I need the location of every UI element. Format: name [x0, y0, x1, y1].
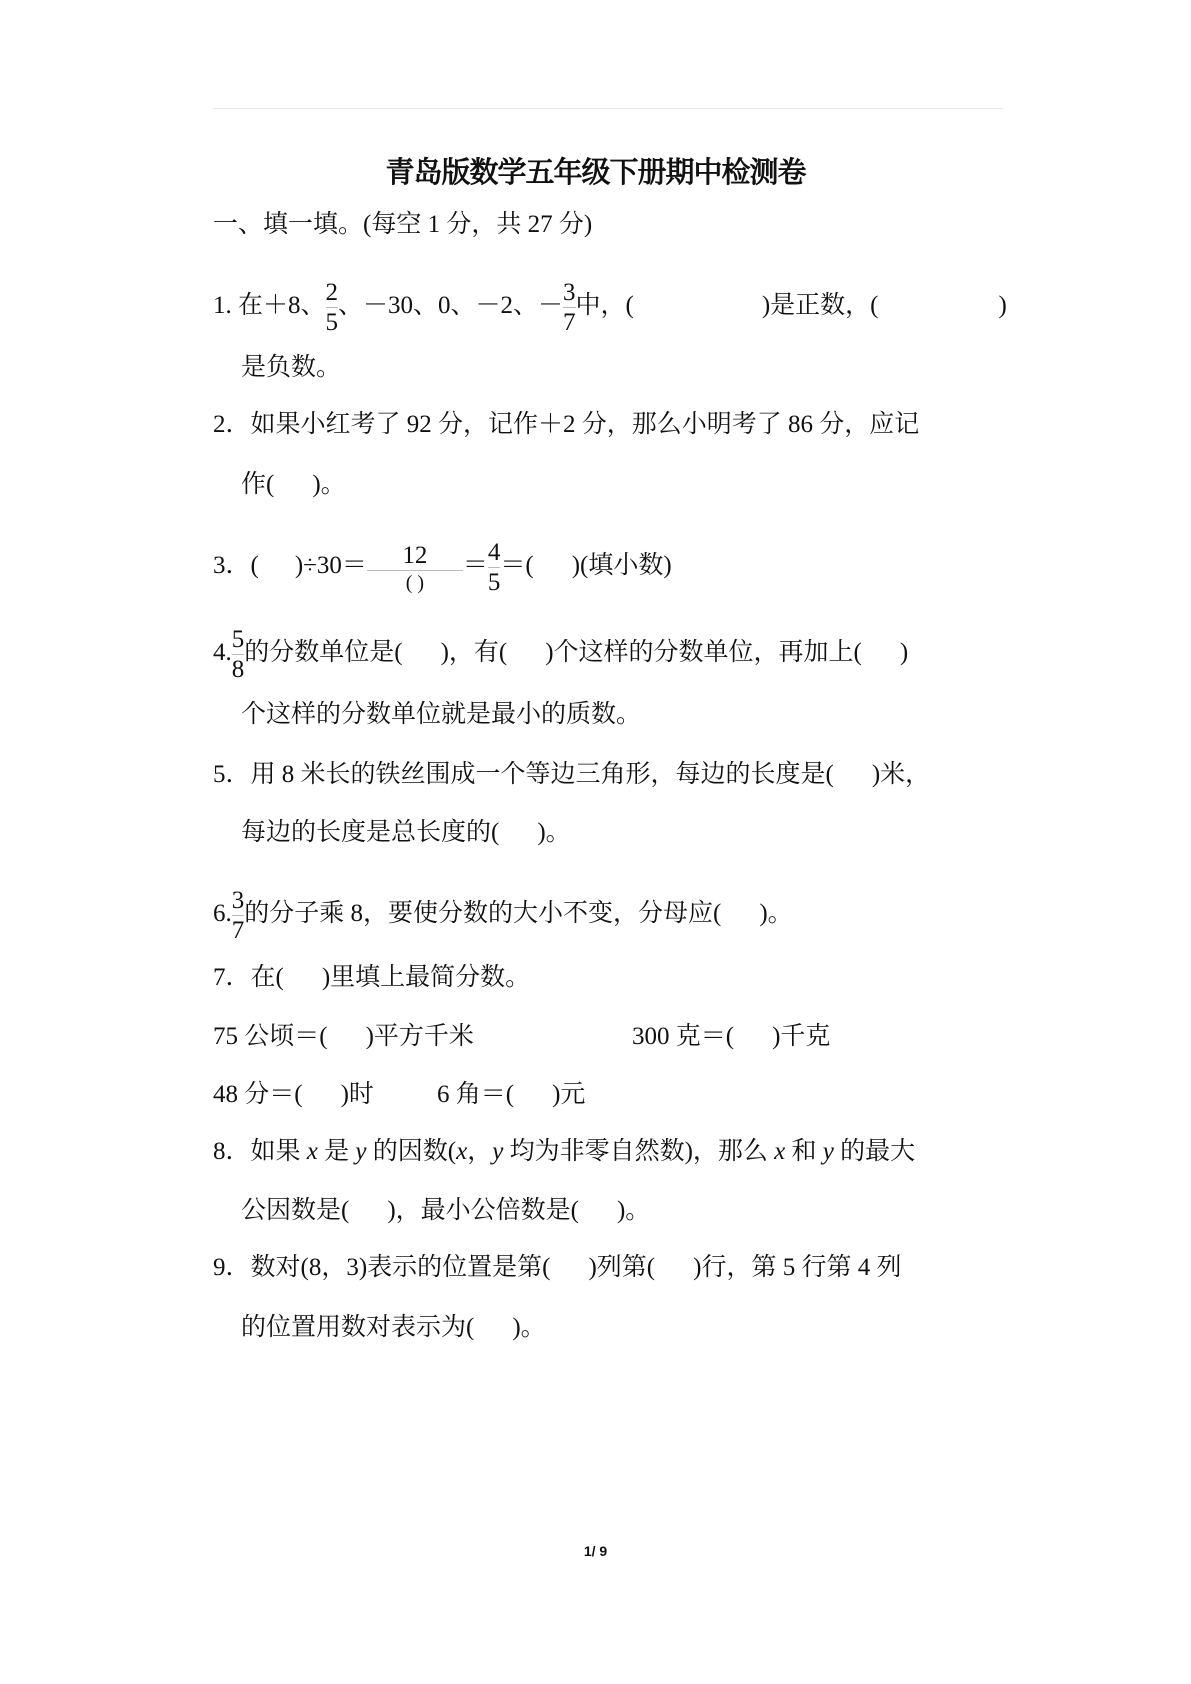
- q9-a: 9．数对(8，3)表示的位置是第(: [213, 1254, 550, 1281]
- question-8-line-2: 公因数是()，最小公倍数是()。: [241, 1196, 650, 1226]
- fraction-5-8: 58: [232, 627, 245, 682]
- question-6: 6.37的分子乘 8，要使分数的大小不变，分母应()。: [213, 888, 793, 943]
- q8-a: 8．如果: [213, 1138, 307, 1165]
- question-7-item-1: 75 公顷＝()平方千米: [213, 1022, 474, 1052]
- var-x: x: [456, 1138, 467, 1165]
- question-7-line-1: 7．在()里填上最简分数。: [213, 963, 530, 993]
- question-7-item-2: 300 克＝()千克: [632, 1022, 830, 1052]
- question-2-line-2: 作()。: [241, 470, 346, 500]
- question-8-line-1: 8．如果 x 是 y 的因数(x，y 均为非零自然数)，那么 x 和 y 的最大: [213, 1137, 915, 1167]
- q3-div: )÷30＝: [295, 552, 367, 579]
- q4-a: 的分数单位是(: [244, 639, 402, 666]
- q8-g: 的最大: [834, 1138, 915, 1165]
- q3-tail-b: )(填小数): [572, 552, 672, 579]
- q6-b: )。: [759, 900, 792, 927]
- q7-item-a: 48 分＝(: [213, 1081, 303, 1108]
- q4-d: ): [900, 639, 908, 666]
- question-2-line-1: 2．如果小红考了 92 分，记作＋2 分，那么小明考了 86 分，应记: [213, 410, 919, 440]
- q9-b: )列第(: [588, 1254, 655, 1281]
- page-title: 青岛版数学五年级下册期中检测卷: [0, 150, 1191, 191]
- q1-prefix: 1. 在＋8、: [213, 292, 326, 319]
- q5-c: 每边的长度是总长度的(: [241, 819, 499, 846]
- q8-i: )，最小公倍数是(: [387, 1197, 579, 1224]
- question-1-line-1: 1. 在＋8、25、－30、0、－2、－37中，()是正数，(): [213, 280, 1007, 335]
- var-y: y: [492, 1138, 503, 1165]
- q8-b: 是: [318, 1138, 356, 1165]
- question-7-item-4: 6 角＝()元: [437, 1080, 585, 1110]
- q7-item-b: )千克: [772, 1023, 830, 1050]
- question-9-line-2: 的位置用数对表示为()。: [241, 1313, 546, 1343]
- fraction-4-5: 45: [488, 540, 501, 595]
- q4-b: )，有(: [441, 639, 508, 666]
- q8-e: 均为非零自然数)，那么: [503, 1138, 774, 1165]
- q7-item-a: 75 公顷＝(: [213, 1023, 328, 1050]
- q7-item-a: 300 克＝(: [632, 1023, 734, 1050]
- q1-middle: 、－30、0、－2、－: [338, 292, 563, 319]
- fraction-3-7: 37: [232, 888, 245, 943]
- page-indicator: 1/ 9: [0, 1543, 1191, 1559]
- question-9-line-1: 9．数对(8，3)表示的位置是第()列第()行，第 5 行第 4 列: [213, 1253, 901, 1283]
- fraction-12-blank: 12( ): [367, 543, 463, 593]
- q5-d: )。: [537, 819, 570, 846]
- fraction-2-5: 25: [326, 280, 339, 335]
- q8-c: 的因数(: [367, 1138, 457, 1165]
- q7-a: 7．在(: [213, 964, 284, 991]
- q4-prefix: 4.: [213, 639, 232, 666]
- q7-item-b: )时: [341, 1081, 374, 1108]
- q6-a: 的分子乘 8，要使分数的大小不变，分母应(: [244, 900, 721, 927]
- q8-j: )。: [617, 1197, 650, 1224]
- q8-d: ，: [467, 1138, 492, 1165]
- q3-tail-a: ＝(: [500, 552, 533, 579]
- q1-after: 中，(: [576, 292, 634, 319]
- q1-close: ): [999, 292, 1007, 319]
- q2-b: )。: [312, 471, 345, 498]
- q7-item-b: )平方千米: [366, 1023, 474, 1050]
- q7-item-a: 6 角＝(: [437, 1081, 514, 1108]
- question-7-item-3: 48 分＝()时: [213, 1080, 374, 1110]
- q5-a: 5．用 8 米长的铁丝围成一个等边三角形，每边的长度是(: [213, 761, 834, 788]
- q8-h: 公因数是(: [241, 1197, 349, 1224]
- question-5-line-2: 每边的长度是总长度的()。: [241, 818, 571, 848]
- q6-prefix: 6.: [213, 900, 232, 927]
- q9-d: 的位置用数对表示为(: [241, 1314, 474, 1341]
- var-x: x: [307, 1138, 318, 1165]
- question-4-line-1: 4.58的分数单位是()，有()个这样的分数单位，再加上(): [213, 627, 908, 682]
- var-y: y: [823, 1138, 834, 1165]
- q7-b: )里填上最简分数。: [322, 964, 530, 991]
- header-divider: [213, 108, 1003, 109]
- question-3: 3．()÷30＝12( )＝45＝()(填小数): [213, 540, 672, 595]
- q2-a: 作(: [241, 471, 274, 498]
- q9-e: )。: [512, 1314, 545, 1341]
- q8-f: 和: [785, 1138, 823, 1165]
- q9-c: )行，第 5 行第 4 列: [693, 1254, 901, 1281]
- q1-positive: )是正数，(: [762, 292, 879, 319]
- var-y: y: [355, 1138, 366, 1165]
- var-x: x: [774, 1138, 785, 1165]
- section-heading: 一、填一填。(每空 1 分，共 27 分): [213, 210, 592, 240]
- q5-b: )米，: [872, 761, 930, 788]
- question-1-line-2: 是负数。: [241, 353, 341, 383]
- q3-eq: ＝: [463, 552, 488, 579]
- q3-prefix: 3．(: [213, 552, 259, 579]
- fraction-3-7: 37: [563, 280, 576, 335]
- question-5-line-1: 5．用 8 米长的铁丝围成一个等边三角形，每边的长度是()米，: [213, 760, 930, 790]
- q7-item-b: )元: [552, 1081, 585, 1108]
- q4-c: )个这样的分数单位，再加上(: [545, 639, 862, 666]
- question-4-line-2: 个这样的分数单位就是最小的质数。: [241, 700, 641, 730]
